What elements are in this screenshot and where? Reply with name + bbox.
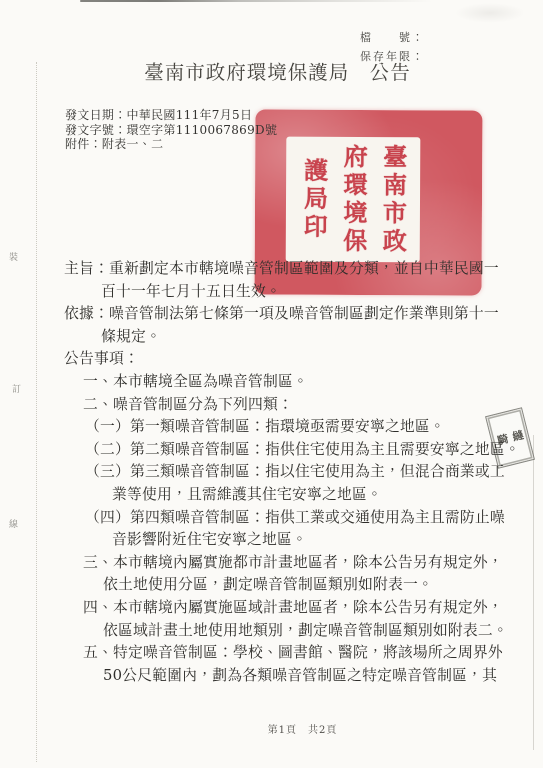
document-title: 臺南市政府環境保護局 公告 (0, 57, 543, 85)
document-number: 發文字號：環空字第1110067869D號 (65, 123, 277, 138)
official-seal-column-3: 護局印 (301, 157, 325, 241)
body-line: （一）第一類噪音管制區：指環境亟需要安寧之地區。 (85, 416, 543, 439)
document-meta: 發文日期：中華民國111年7月5日 發文字號：環空字第1110067869D號 … (65, 108, 277, 152)
body-line: 依區域計畫土地使用地類別，劃定噪音管制區類別如附表二。 (103, 620, 543, 643)
body-line: 五、特定噪音管制區：學校、圖書館、醫院，將該場所之周界外 (83, 642, 543, 665)
attachment-note: 附件：附表一、二 (65, 137, 277, 152)
official-seal-column-2: 府環境保 (341, 143, 366, 255)
body-line: 依據：噪音管制法第七條第一項及噪音管制區劃定作業準則第十一 (64, 303, 543, 326)
page-footer: 第1頁 共2頁 (0, 721, 543, 736)
body-line: 三、本市轄境內屬實施都市計畫地區者，除本公告另有規定外， (83, 552, 543, 575)
scan-artifact-smudge (455, 3, 525, 23)
body-line: 條規定。 (101, 326, 543, 349)
body-line: 公告事項： (64, 348, 543, 371)
issue-date: 發文日期：中華民國111年7月5日 (65, 108, 277, 123)
body-line: 四、本市轄境內屬實施區域計畫地區者，除本公告另有規定外， (83, 597, 543, 620)
body-line: 主旨：重新劃定本市轄境噪音管制區範圍及分類，並自中華民國一 (64, 258, 543, 281)
body-line: 依土地使用分區，劃定噪音管制區類別如附表一。 (103, 574, 543, 597)
document-page: 裝 訂 線 檔 號： 保存年限： 臺南市政府環境保護局 公告 發文日期：中華民國… (0, 0, 543, 768)
body-line: （三）第三類噪音管制區：指以住宅使用為主，但混合商業或工 (85, 461, 543, 484)
scan-artifact-streak (80, 0, 432, 2)
body-line: 音影響附近住宅安寧之地區。 (112, 529, 543, 552)
body-line: 50公尺範圍內，劃為各類噪音管制區之特定噪音管制區，其 (103, 665, 543, 688)
official-seal-column-1: 臺南市政 (380, 144, 405, 256)
official-seal-face: 臺南市政 府環境保 護局印 (286, 137, 421, 263)
body-line: （四）第四類噪音管制區：指供工業或交通使用為主且需防止噪 (85, 507, 543, 530)
file-number-label: 檔 號： (360, 28, 425, 47)
body-text: 主旨：重新劃定本市轄境噪音管制區範圍及分類，並自中華民國一百十一年七月十五日生效… (0, 258, 543, 687)
body-line: （二）第二類噪音管制區：指供住宅使用為主且需要安寧之地區。 (85, 439, 543, 462)
body-line: 一、本市轄境全區為噪音管制區。 (83, 371, 543, 394)
body-line: 二、噪音管制區分為下列四類： (83, 394, 543, 417)
body-line: 百十一年七月十五日生效。 (101, 281, 543, 304)
body-line: 業等使用，且需維護其住宅安寧之地區。 (112, 484, 543, 507)
